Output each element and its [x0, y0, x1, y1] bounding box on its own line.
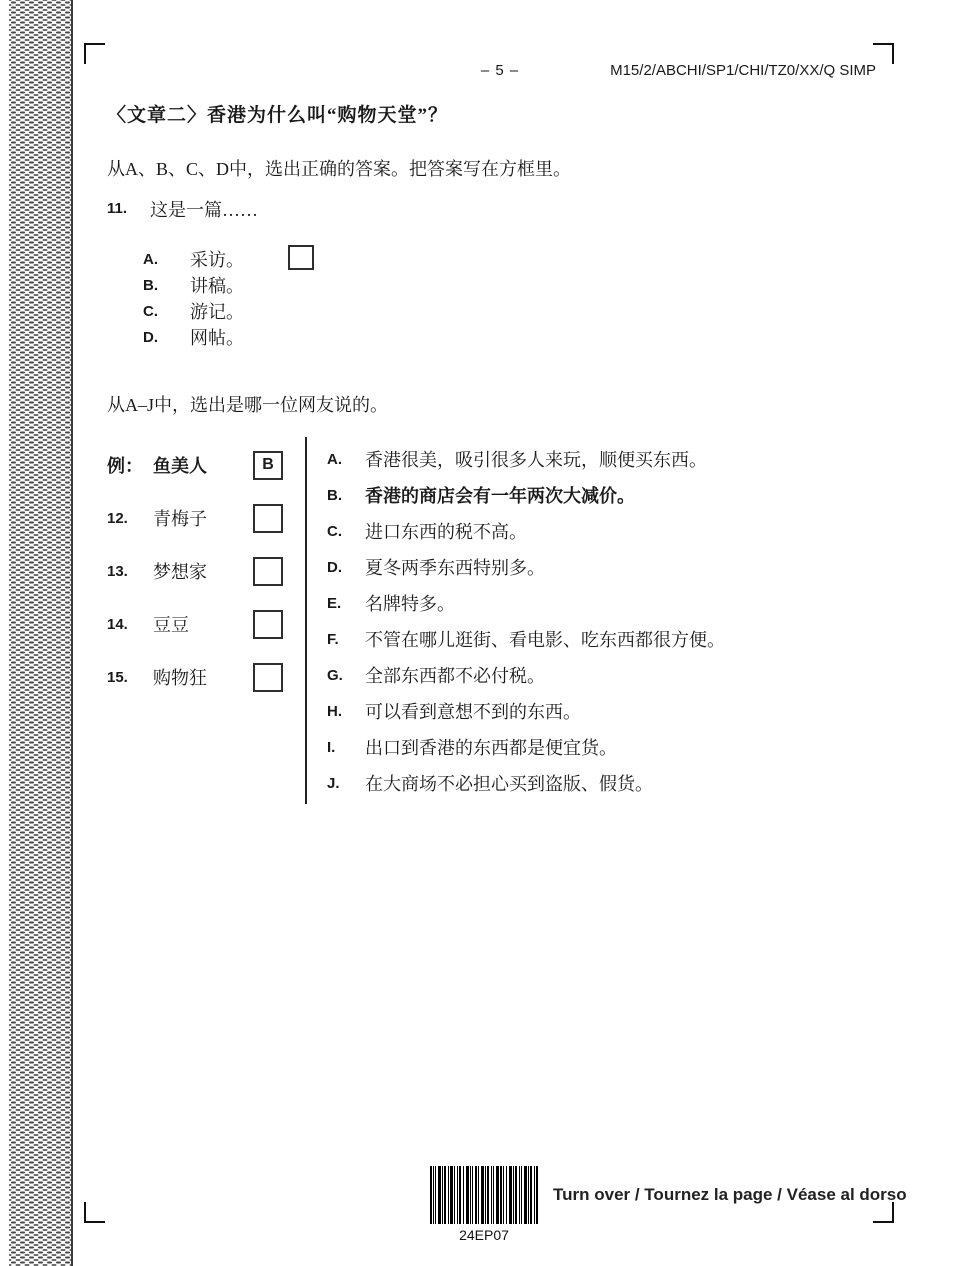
option-row: H. 可以看到意想不到的东西。	[327, 700, 725, 722]
item-name: 豆豆	[153, 611, 189, 637]
binding-edge-pattern	[9, 0, 73, 1266]
example-answer-box: B	[253, 451, 283, 480]
option-text: 全部东西都不必付税。	[365, 662, 545, 688]
item-row: 12. 青梅子	[107, 503, 283, 533]
option-letter: A.	[327, 451, 365, 468]
document-code: M15/2/ABCHI/SP1/CHI/TZ0/XX/Q SIMP	[540, 62, 876, 79]
option-letter: D.	[143, 329, 190, 346]
option-text: 在大商场不必担心买到盗版、假货。	[365, 770, 653, 796]
option-text: 名牌特多。	[365, 590, 455, 616]
option-row: D. 夏冬两季东西特别多。	[327, 556, 725, 578]
option-letter: C.	[143, 303, 190, 320]
option-row: A. 采访。	[143, 246, 244, 272]
item-number: 例：	[107, 452, 153, 478]
question-15-answer-box[interactable]	[253, 663, 283, 692]
option-row: E. 名牌特多。	[327, 592, 725, 614]
turn-over-text: Turn over / Tournez la page / Véase al d…	[553, 1185, 907, 1205]
crop-mark-bottom-left	[84, 1202, 105, 1223]
option-row: F. 不管在哪儿逛街、看电影、吃东西都很方便。	[327, 628, 725, 650]
item-name: 购物狂	[153, 664, 207, 690]
item-number: 15.	[107, 669, 153, 686]
option-letter: G.	[327, 667, 365, 684]
barcode	[430, 1166, 538, 1224]
option-letter: I.	[327, 739, 365, 756]
option-row: C. 进口东西的税不高。	[327, 520, 725, 542]
option-text: 夏冬两季东西特别多。	[365, 554, 545, 580]
crop-mark-top-left	[84, 43, 105, 64]
column-divider	[305, 437, 307, 804]
option-letter: E.	[327, 595, 365, 612]
option-row: A. 香港很美，吸引很多人来玩，顺便买东西。	[327, 448, 725, 470]
option-text: 采访。	[190, 246, 244, 272]
item-number: 12.	[107, 510, 153, 527]
option-letter: B.	[327, 487, 365, 504]
question-11-text: 这是一篇……	[150, 196, 258, 222]
page-number: – 5 –	[462, 62, 538, 79]
option-letter: H.	[327, 703, 365, 720]
crop-mark-bottom-right	[873, 1202, 894, 1223]
option-letter: B.	[143, 277, 190, 294]
instruction-matching: 从A–J中，选出是哪一位网友说的。	[107, 391, 388, 417]
question-13-answer-box[interactable]	[253, 557, 283, 586]
question-11-answer-box[interactable]	[288, 245, 314, 270]
item-number: 14.	[107, 616, 153, 633]
option-row: D. 网帖。	[143, 324, 244, 350]
option-letter: A.	[143, 251, 190, 268]
option-row: B. 讲稿。	[143, 272, 244, 298]
instruction-mcq: 从A、B、C、D中，选出正确的答案。把答案写在方框里。	[107, 155, 571, 181]
matching-options-column: A. 香港很美，吸引很多人来玩，顺便买东西。 B. 香港的商店会有一年两次大减价…	[327, 448, 725, 794]
question-11-number: 11.	[107, 200, 127, 217]
option-text: 可以看到意想不到的东西。	[365, 698, 581, 724]
item-name: 鱼美人	[153, 452, 207, 478]
item-row: 14. 豆豆	[107, 609, 283, 639]
option-letter: D.	[327, 559, 365, 576]
question-11-options: A. 采访。 B. 讲稿。 C. 游记。 D. 网帖。	[143, 246, 244, 350]
option-row: G. 全部东西都不必付税。	[327, 664, 725, 686]
item-name: 梦想家	[153, 558, 207, 584]
option-letter: F.	[327, 631, 365, 648]
item-name: 青梅子	[153, 505, 207, 531]
item-row: 13. 梦想家	[107, 556, 283, 586]
item-row: 15. 购物狂	[107, 662, 283, 692]
option-text: 进口东西的税不高。	[365, 518, 527, 544]
barcode-label: 24EP07	[430, 1227, 538, 1243]
option-text: 香港很美，吸引很多人来玩，顺便买东西。	[365, 446, 707, 472]
option-text: 出口到香港的东西都是便宜货。	[365, 734, 617, 760]
question-12-answer-box[interactable]	[253, 504, 283, 533]
option-row: I. 出口到香港的东西都是便宜货。	[327, 736, 725, 758]
option-row: C. 游记。	[143, 298, 244, 324]
question-14-answer-box[interactable]	[253, 610, 283, 639]
item-number: 13.	[107, 563, 153, 580]
example-row: 例： 鱼美人 B	[107, 450, 283, 480]
option-letter: J.	[327, 775, 365, 792]
option-text: 香港的商店会有一年两次大减价。	[365, 482, 635, 508]
option-row-example-answer: B. 香港的商店会有一年两次大减价。	[327, 484, 725, 506]
exam-page: – 5 – M15/2/ABCHI/SP1/CHI/TZ0/XX/Q SIMP …	[0, 0, 979, 1266]
option-text: 游记。	[190, 298, 244, 324]
option-text: 网帖。	[190, 324, 244, 350]
passage-title: 〈文章二〉香港为什么叫“购物天堂”？	[107, 100, 448, 127]
crop-mark-top-right	[873, 43, 894, 64]
option-letter: C.	[327, 523, 365, 540]
matching-items-column: 例： 鱼美人 B 12. 青梅子 13. 梦想家 14. 豆豆 15. 购物狂	[107, 450, 283, 692]
option-row: J. 在大商场不必担心买到盗版、假货。	[327, 772, 725, 794]
option-text: 不管在哪儿逛街、看电影、吃东西都很方便。	[365, 626, 725, 652]
option-text: 讲稿。	[190, 272, 244, 298]
